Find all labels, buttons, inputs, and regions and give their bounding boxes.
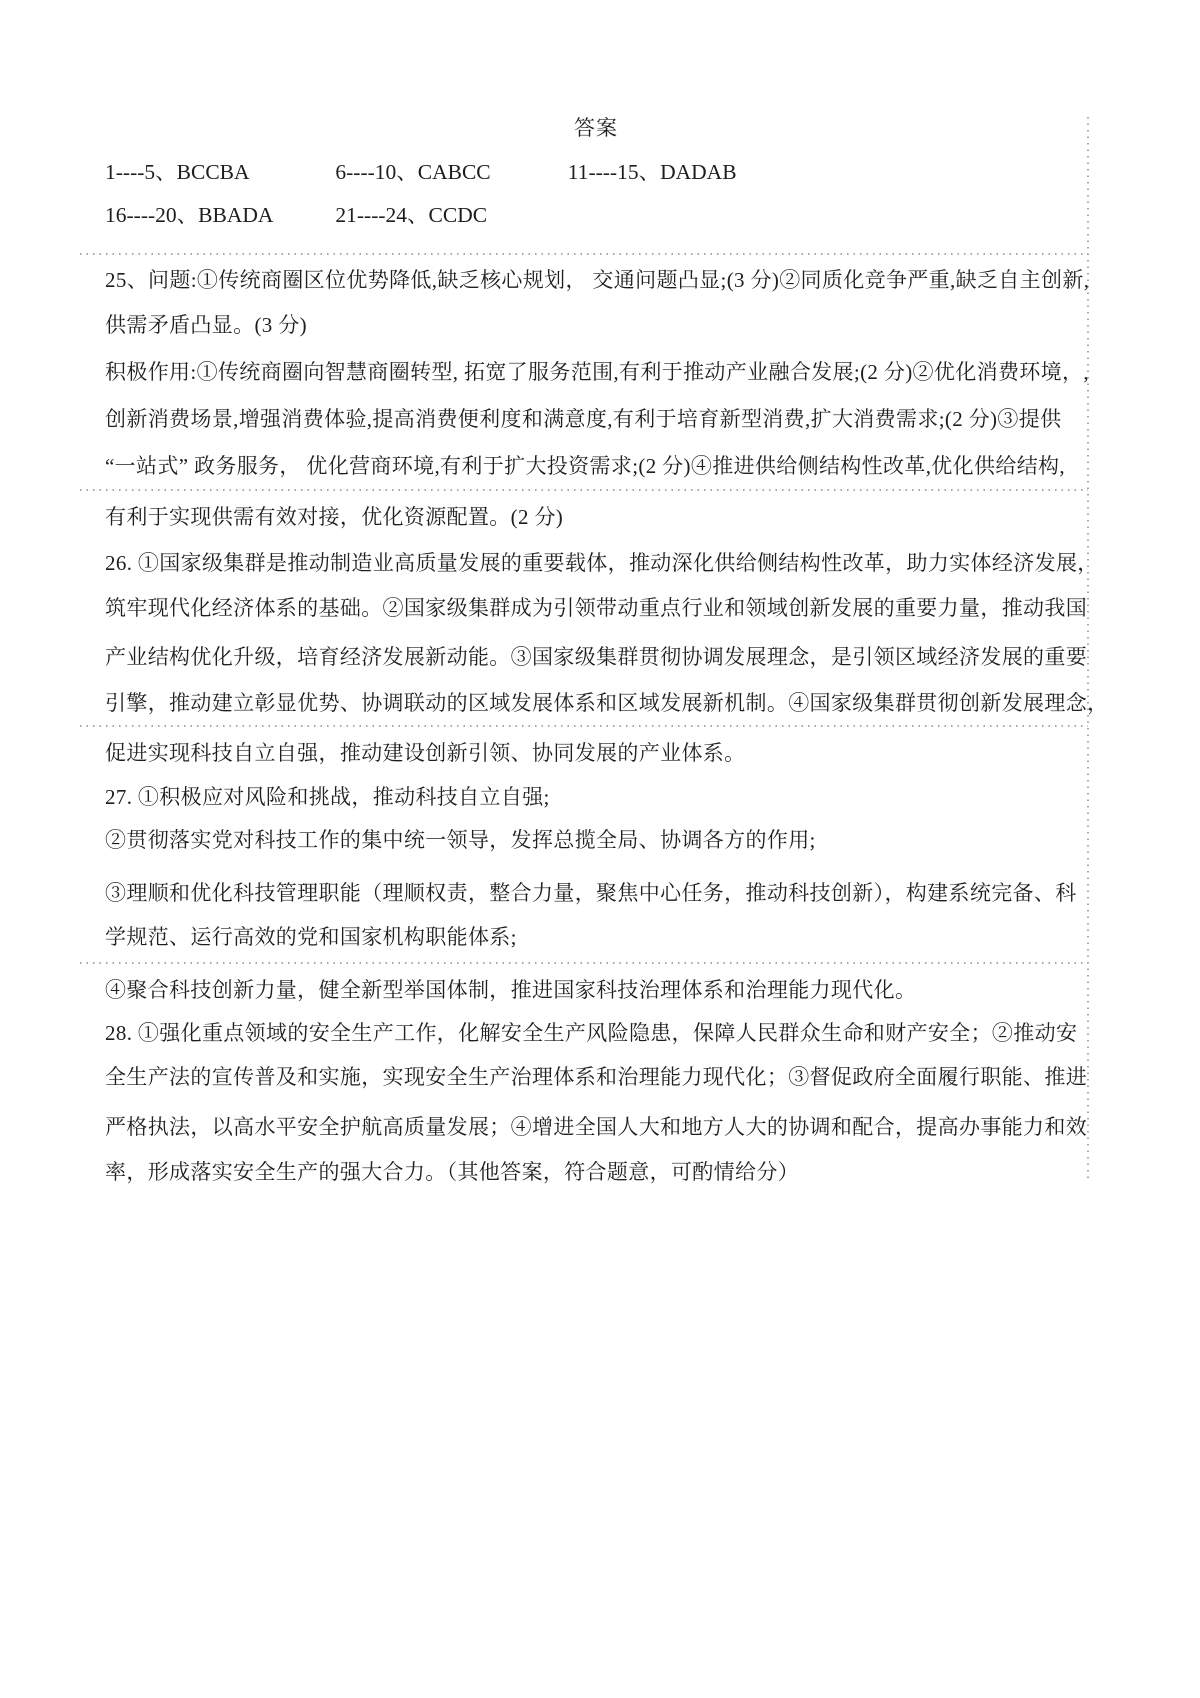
- mc-answer-range-11-15: 11----15、DADAB: [568, 157, 737, 187]
- q28-answer-line-2: 全生产法的宣传普及和实施，实现安全生产治理体系和治理能力现代化；③督促政府全面履…: [105, 1062, 1105, 1092]
- q27-answer-line-5: ④聚合科技创新力量，健全新型举国体制，推进国家科技治理体系和治理能力现代化。: [105, 975, 1105, 1005]
- q27-answer-line-4: 学规范、运行高效的党和国家机构职能体系;: [105, 922, 1105, 952]
- q28-answer-line-3: 严格执法，以高水平安全护航高质量发展；④增进全国人大和地方人大的协调和配合，提高…: [105, 1112, 1105, 1142]
- mc-answer-range-16-20: 16----20、BBADA: [105, 200, 330, 230]
- q28-answer-line-1: 28. ①强化重点领域的安全生产工作，化解安全生产风险隐患，保障人民群众生命和财…: [105, 1018, 1105, 1048]
- document-page: 答案 1----5、BCCBA 6----10、CABCC 11----15、D…: [0, 0, 1200, 1698]
- q25-positive-line-4: 有利于实现供需有效对接，优化资源配置。(2 分): [105, 502, 1105, 532]
- page-title: 答案: [105, 113, 1087, 143]
- dashed-divider-4: [80, 962, 1088, 964]
- q25-problems-line-2: 供需矛盾凸显。(3 分): [105, 310, 1105, 340]
- q27-answer-line-1: 27. ①积极应对风险和挑战，推动科技自立自强;: [105, 782, 1105, 812]
- q26-answer-line-2: 筑牢现代化经济体系的基础。②国家级集群成为引领带动重点行业和领域创新发展的重要力…: [105, 593, 1105, 623]
- dashed-divider-2: [80, 489, 1088, 491]
- q25-problems-line-1: 25、问题:①传统商圈区位优势降低,缺乏核心规划， 交通问题凸显;(3 分)②同…: [105, 265, 1105, 295]
- q27-answer-line-3: ③理顺和优化科技管理职能（理顺权责，整合力量，聚焦中心任务，推动科技创新），构建…: [105, 878, 1105, 908]
- dashed-divider-1: [80, 253, 1088, 255]
- dashed-divider-3: [80, 725, 1088, 727]
- q27-answer-line-2: ②贯彻落实党对科技工作的集中统一领导，发挥总揽全局、协调各方的作用;: [105, 825, 1105, 855]
- q25-positive-line-1: 积极作用:①传统商圈向智慧商圈转型, 拓宽了服务范围,有利于推动产业融合发展;(…: [105, 357, 1105, 387]
- q26-answer-line-4: 引擎，推动建立彰显优势、协调联动的区域发展体系和区域发展新机制。④国家级集群贯彻…: [105, 688, 1105, 718]
- q26-answer-line-5: 促进实现科技自立自强，推动建设创新引领、协同发展的产业体系。: [105, 738, 1105, 768]
- mc-answer-range-6-10: 6----10、CABCC: [335, 157, 562, 187]
- mc-answer-range-1-5: 1----5、BCCBA: [105, 157, 330, 187]
- mc-answer-range-21-24: 21----24、CCDC: [335, 200, 562, 230]
- q26-answer-line-3: 产业结构优化升级，培育经济发展新动能。③国家级集群贯彻协调发展理念，是引领区域经…: [105, 642, 1105, 672]
- mc-answers-row-2: 16----20、BBADA 21----24、CCDC: [105, 200, 562, 230]
- q28-answer-line-4: 率，形成落实安全生产的强大合力。（其他答案，符合题意，可酌情给分）: [105, 1157, 1105, 1187]
- q26-answer-line-1: 26. ①国家级集群是推动制造业高质量发展的重要载体，推动深化供给侧结构性改革，…: [105, 548, 1105, 578]
- mc-answers-row-1: 1----5、BCCBA 6----10、CABCC 11----15、DADA…: [105, 157, 737, 187]
- q25-positive-line-2: 创新消费场景,增强消费体验,提高消费便利度和满意度,有利于培育新型消费,扩大消费…: [105, 404, 1105, 434]
- q25-positive-line-3: “一站式” 政务服务， 优化营商环境,有利于扩大投资需求;(2 分)④推进供给侧…: [105, 451, 1105, 481]
